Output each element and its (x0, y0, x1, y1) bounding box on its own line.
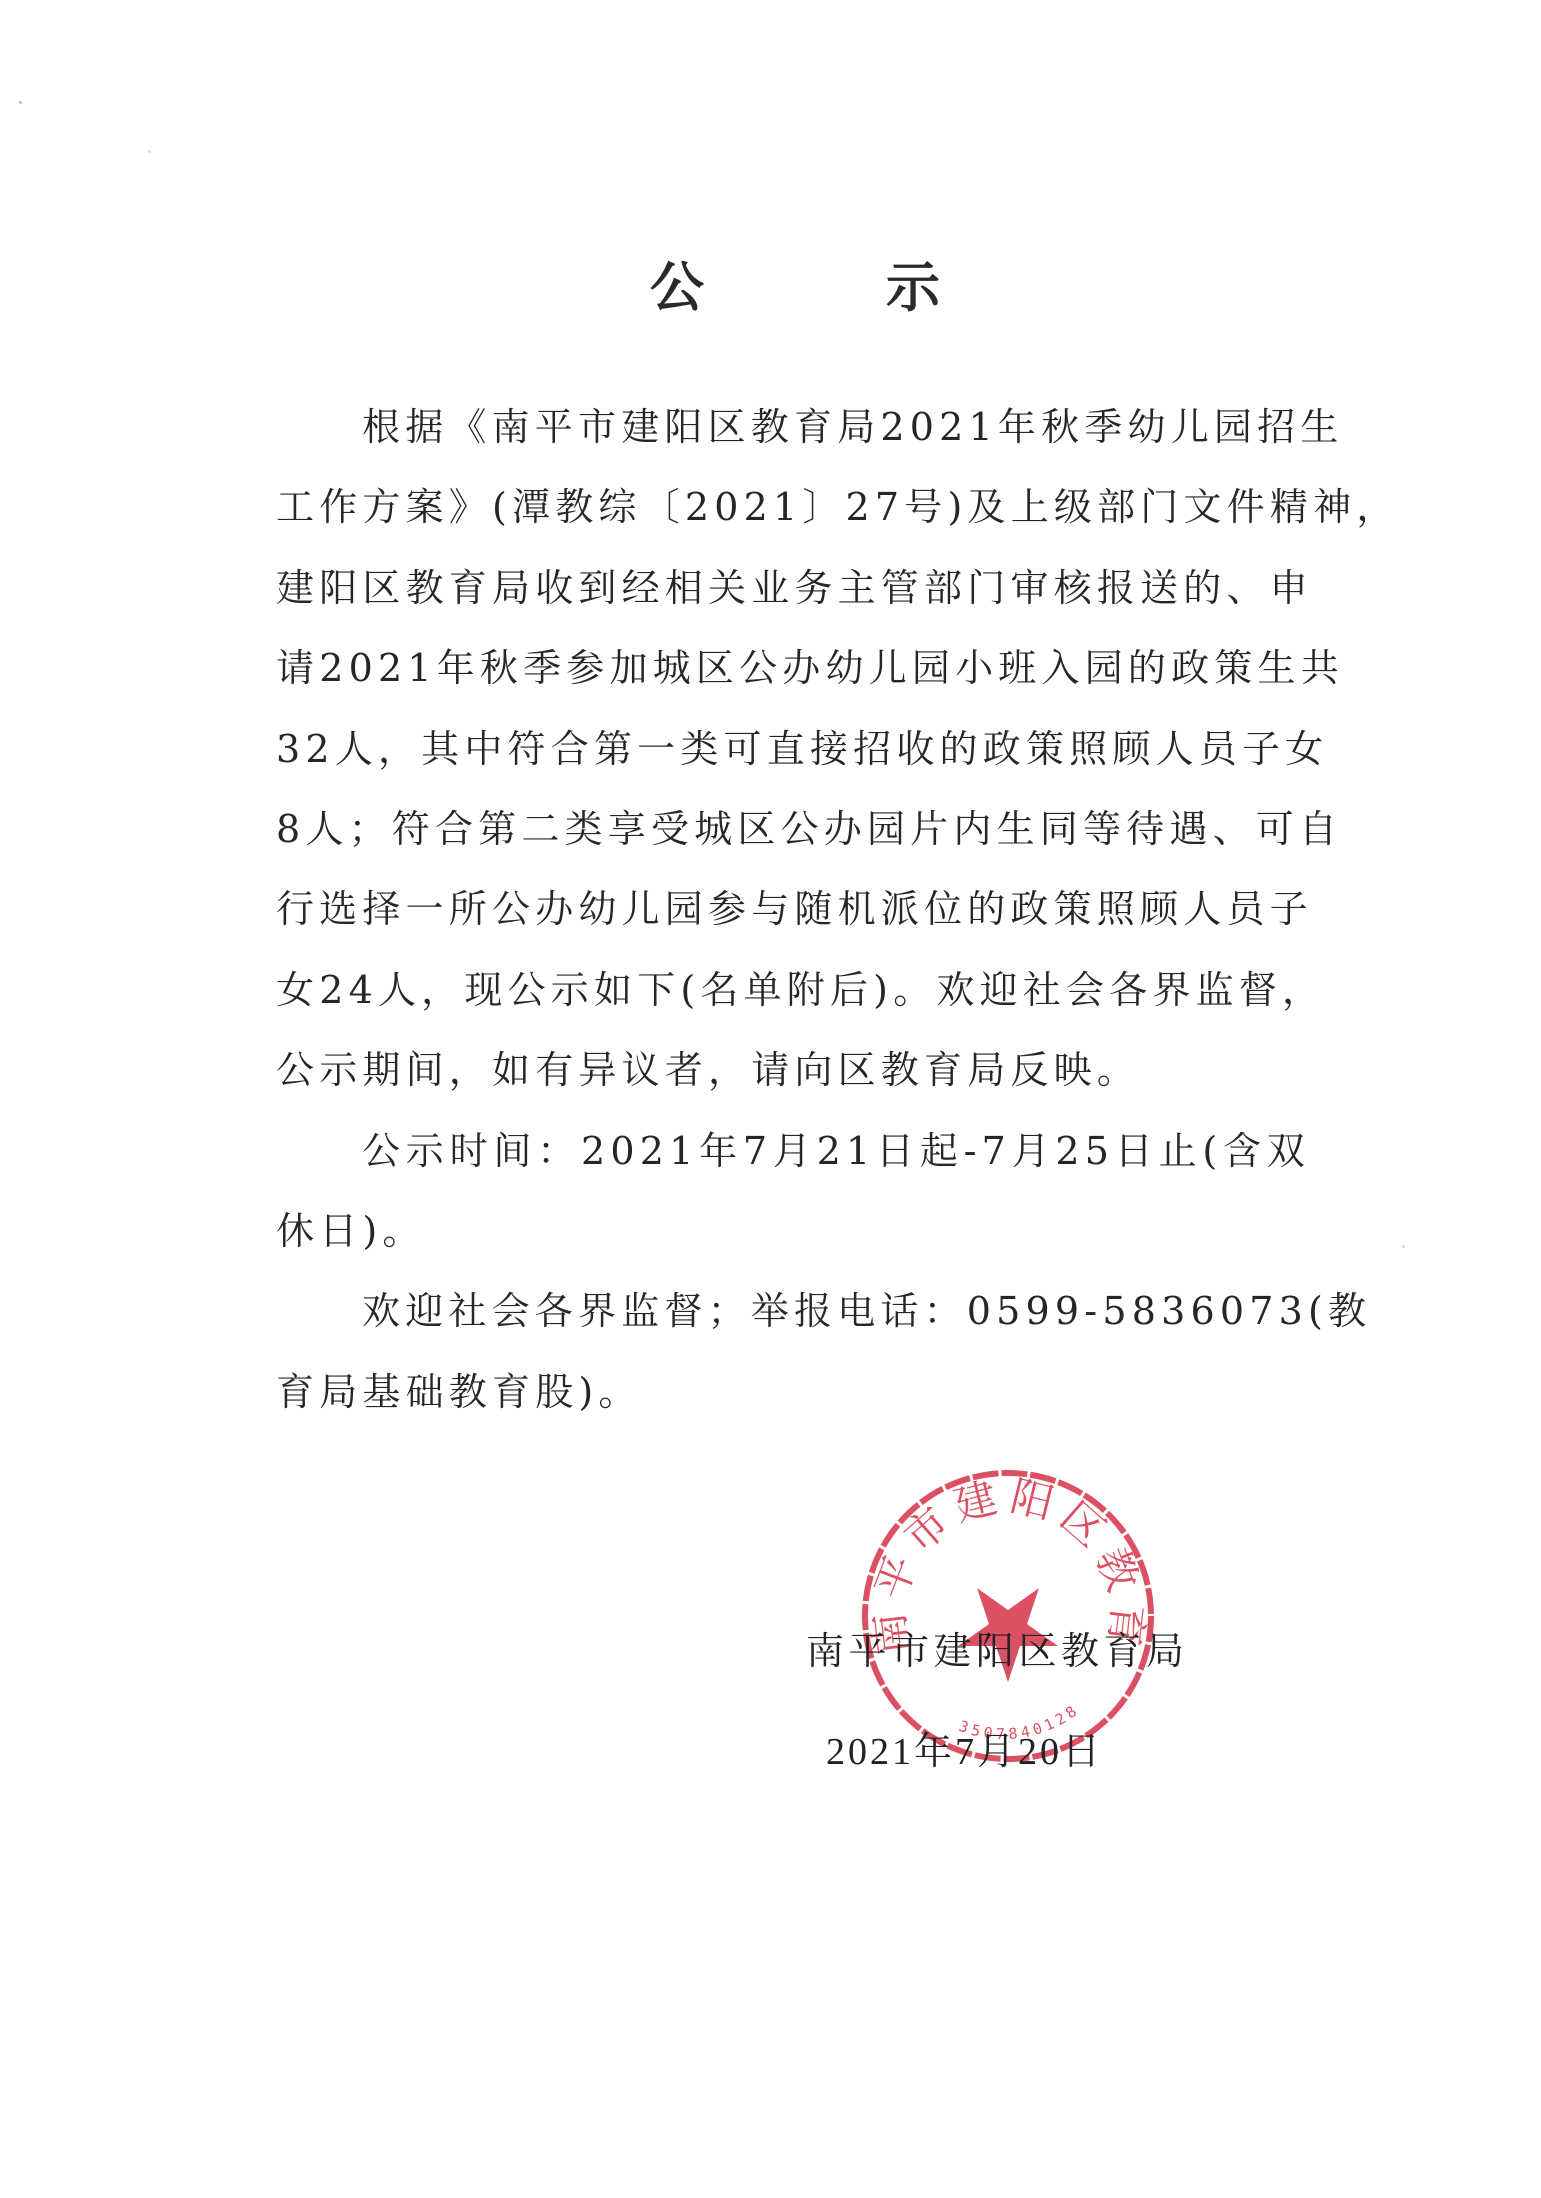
paragraph-1-line: 32人，其中符合第一类可直接招收的政策照顾人员子女 (276, 709, 1310, 789)
paragraph-1-line: 女24人，现公示如下(名单附后)。欢迎社会各界监督， (276, 950, 1310, 1030)
publicity-period-line: 公示时间：2021年7月21日起-7月25日止(含双 (276, 1111, 1310, 1191)
issuing-organization: 南平市建阳区教育局 (806, 1622, 1186, 1682)
paragraph-1-line: 行选择一所公办幼儿园参与随机派位的政策照顾人员子 (276, 869, 1310, 949)
title-char: 公 (650, 258, 704, 318)
notice-page: 公 示 根据《南平市建阳区教育局2021年秋季幼儿园招生 工作方案》(潭教综〔2… (0, 0, 1541, 2198)
notice-title: 公 示 (0, 258, 1541, 318)
paragraph-1-line: 建阳区教育局收到经相关业务主管部门审核报送的、申 (276, 548, 1310, 628)
publicity-period-line: 休日)。 (276, 1191, 1310, 1271)
paragraph-1-line: 根据《南平市建阳区教育局2021年秋季幼儿园招生 (276, 387, 1310, 467)
title-char: 示 (886, 258, 940, 318)
scan-speck (148, 150, 151, 153)
notice-body: 根据《南平市建阳区教育局2021年秋季幼儿园招生 工作方案》(潭教综〔2021〕… (276, 387, 1310, 1432)
scan-speck (19, 101, 22, 104)
paragraph-1-line: 请2021年秋季参加城区公办幼儿园小班入园的政策生共 (276, 628, 1310, 708)
paragraph-1-line: 工作方案》(潭教综〔2021〕27号)及上级部门文件精神， (276, 467, 1310, 547)
scan-speck (1402, 1245, 1405, 1248)
issue-date: 2021年7月20日 (806, 1722, 1186, 1782)
paragraph-1-line: 公示期间，如有异议者，请向区教育局反映。 (276, 1030, 1310, 1110)
paragraph-1-line: 8人；符合第二类享受城区公办园片内生同等待遇、可自 (276, 789, 1310, 869)
signature-block: 南平市建阳区教育局 2021年7月20日 (806, 1622, 1186, 1782)
report-phone-line: 欢迎社会各界监督；举报电话：0599-5836073(教 (276, 1271, 1310, 1351)
report-phone-line: 育局基础教育股)。 (276, 1352, 1310, 1432)
